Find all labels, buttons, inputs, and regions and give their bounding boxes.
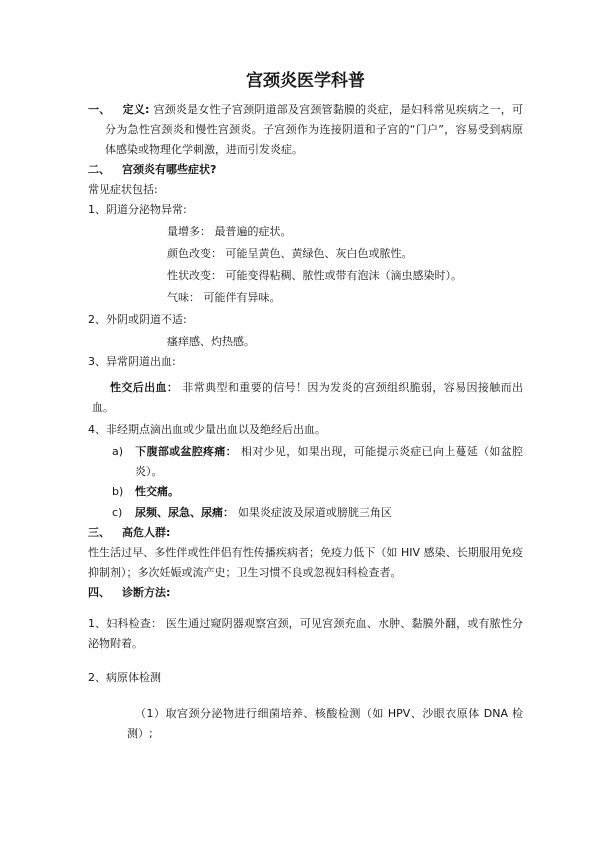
discharge-item-text: 可能变得粘稠、脓性或带有泡沫（滴虫感染时）。 bbox=[226, 269, 463, 282]
symptoms-heading-text: 宫颈炎有哪些症状? bbox=[122, 163, 216, 176]
postcoital-bleeding-lead: 性交后出血： bbox=[110, 381, 182, 394]
section-definition: 一、定义: 宫颈炎是女性子宫颈阴道部及宫颈管黏膜的炎症，是妇科常见疾病之一，可分… bbox=[88, 100, 523, 160]
discharge-item: 气味： 可能伴有异味。 bbox=[167, 288, 523, 308]
section-risk-heading: 三、高危人群: bbox=[88, 523, 523, 543]
pain-item-lead: 性交痛。 bbox=[135, 485, 179, 498]
discharge-item: 量增多： 最普遍的症状。 bbox=[167, 222, 523, 242]
pain-item: b)性交痛。 bbox=[88, 482, 523, 502]
document-title: 宫颈炎医学科普 bbox=[88, 70, 523, 92]
discharge-item: 颜色改变： 可能呈黄色、黄绿色、灰白色或脓性。 bbox=[167, 244, 523, 264]
pain-item-marker: a) bbox=[112, 442, 135, 462]
risk-heading-text: 高危人群: bbox=[122, 526, 170, 539]
pain-item: a)下腹部或盆腔疼痛： 相对少见，如果出现，可能提示炎症已向上蔓延（如盆腔炎）。 bbox=[88, 442, 523, 482]
pain-item-lead: 下腹部或盆腔疼痛： bbox=[135, 445, 241, 458]
section-symptoms-heading: 二、宫颈炎有哪些症状? bbox=[88, 160, 523, 180]
pain-item: c)尿频、尿急、尿痛： 如果炎症波及尿道或膀胱三角区 bbox=[88, 503, 523, 523]
discharge-item: 性状改变： 可能变得粘稠、脓性或带有泡沫（滴虫感染时）。 bbox=[167, 266, 523, 286]
symptom-item-3: 3、异常阴道出血: bbox=[88, 352, 523, 372]
symptom-item-4: 4、非经期点滴出血或少量出血以及绝经后出血。 bbox=[88, 420, 523, 440]
definition-lead: 定义: bbox=[122, 103, 153, 116]
discharge-item-text: 最普遍的症状。 bbox=[215, 225, 292, 238]
risk-body: 性生活过早、多性伴或性伴侣有性传播疾病者；免疫力低下（如 HIV 感染、长期服用… bbox=[88, 543, 523, 583]
section-diagnosis-number: 四、 bbox=[88, 586, 110, 599]
diagnosis-item-2: 2、病原体检测 bbox=[88, 668, 523, 688]
diagnosis-item-2-sub: （1）取宫颈分泌物进行细菌培养、核酸检测（如 HPV、沙眼衣原体 DNA 检测）… bbox=[88, 704, 523, 744]
diagnosis-item-1: 1、妇科检查： 医生通过窥阴器观察宫颈，可见宫颈充血、水肿、黏膜外翻，或有脓性分… bbox=[88, 614, 523, 654]
symptoms-intro: 常见症状包括: bbox=[88, 180, 523, 200]
symptom-item-2-detail: 瘙痒感、灼热感。 bbox=[167, 332, 523, 352]
symptom-item-1: 1、阴道分泌物异常: bbox=[88, 200, 523, 220]
section-symptoms-number: 二、 bbox=[88, 163, 110, 176]
discharge-item-lead: 气味： bbox=[167, 291, 204, 304]
section-diagnosis-heading: 四、诊断方法: bbox=[88, 583, 523, 603]
discharge-item-text: 可能伴有异味。 bbox=[204, 291, 281, 304]
pain-item-marker: b) bbox=[112, 482, 135, 502]
section-definition-number: 一、 bbox=[88, 103, 110, 116]
symptom-item-2: 2、外阴或阴道不适: bbox=[88, 310, 523, 330]
pain-item-text: 如果炎症波及尿道或膀胱三角区 bbox=[238, 506, 392, 519]
discharge-item-lead: 颜色改变： bbox=[167, 247, 226, 260]
pain-item-marker: c) bbox=[112, 503, 135, 523]
pain-item-lead: 尿频、尿急、尿痛： bbox=[135, 506, 238, 519]
discharge-item-lead: 量增多： bbox=[167, 225, 215, 238]
symptom-item-3-detail: 性交后出血： 非常典型和重要的信号！因为发炎的宫颈组织脆弱，容易因接触而出血。 bbox=[88, 378, 523, 418]
document-page: 宫颈炎医学科普 一、定义: 宫颈炎是女性子宫颈阴道部及宫颈管黏膜的炎症，是妇科常… bbox=[0, 0, 595, 841]
section-risk-number: 三、 bbox=[88, 526, 110, 539]
definition-body: 宫颈炎是女性子宫颈阴道部及宫颈管黏膜的炎症，是妇科常见疾病之一，可分为急性宫颈炎… bbox=[105, 103, 523, 156]
discharge-item-lead: 性状改变： bbox=[167, 269, 226, 282]
discharge-item-text: 可能呈黄色、黄绿色、灰白色或脓性。 bbox=[226, 247, 413, 260]
diagnosis-heading-text: 诊断方法: bbox=[122, 586, 170, 599]
